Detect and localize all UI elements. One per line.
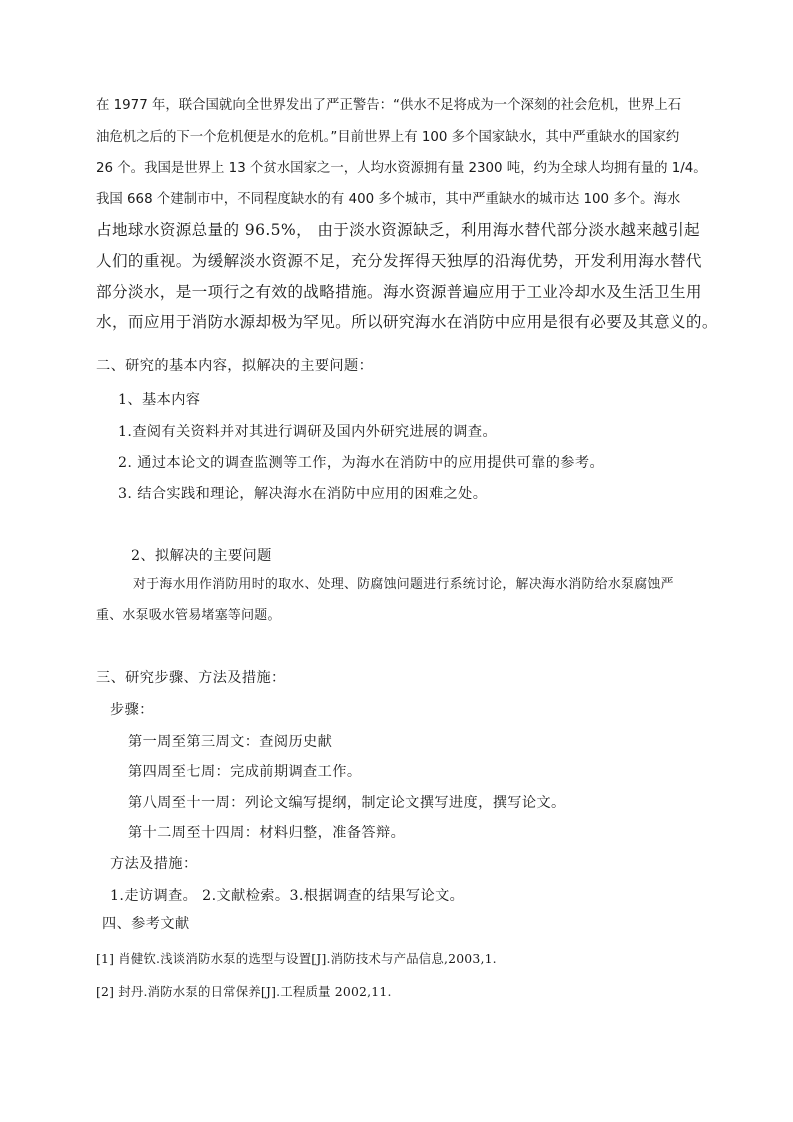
intro-line-1: 在 1977 年，联合国就向全世界发出了严正警告：“供水不足将成为一个深刻的社会… — [96, 99, 681, 112]
intro-line-6: 人们的重视。为缓解淡水资源不足，充分发挥得天独厚的沿海优势，开发利用海水替代 — [96, 254, 702, 270]
intro-line-2: 油危机之后的下一个危机便是水的危机。”目前世界上有 100 多个国家缺水，其中严… — [96, 131, 679, 144]
section-2-heading: 二、研究的基本内容，拟解决的主要问题： — [96, 359, 373, 373]
subsection-main-problems-heading: 2、拟解决的主要问题 — [131, 549, 272, 563]
basic-content-item-2: 2. 通过本论文的调查监测等工作，为海水在消防中的应用提供可靠的参考。 — [118, 456, 604, 470]
intro-line-3: 26 个。我国是世界上 13 个贫水国家之一，人均水资源拥有量 2300 吨，约… — [96, 162, 707, 175]
section-3-heading: 三、研究步骤、方法及措施： — [96, 671, 286, 685]
intro-line-5: 占地球水资源总量的 96.5%， 由于淡水资源缺乏，利用海水替代部分淡水越来越引… — [96, 223, 700, 239]
section-4-heading: 四、参考文献 — [102, 917, 190, 931]
methods-label: 方法及措施： — [110, 857, 198, 871]
subsection-basic-content-heading: 1、基本内容 — [118, 393, 200, 407]
step-3: 第八周至十一周：列论文编写提纲，制定论文撰写进度，撰写论文。 — [128, 796, 566, 810]
basic-content-item-1: 1.查阅有关资料并对其进行调研及国内外研究进展的调查。 — [118, 425, 497, 439]
reference-1: [1] 肖健钦.浅谈消防水泵的选型与设置[J].消防技术与产品信息,2003,1… — [96, 953, 497, 965]
step-1: 第一周至第三周文：查阅历史献 — [128, 735, 332, 749]
step-4: 第十二周至十四周：材料归整，准备答辩。 — [128, 826, 405, 840]
main-problems-line-2: 重、水泵吸水管易堵塞等问题。 — [96, 610, 281, 623]
steps-label: 步骤： — [110, 703, 154, 717]
reference-2: [2] 封丹.消防水泵的日常保养[J].工程质量 2002,11. — [96, 986, 392, 998]
step-2: 第四周至七周：完成前期调查工作。 — [128, 765, 361, 779]
intro-line-8: 水，而应用于消防水源却极为罕见。所以研究海水在消防中应用是很有必要及其意义的。 — [96, 315, 718, 331]
main-problems-line-1: 对于海水用作消防用时的取水、处理、防腐蚀问题进行系统讨论，解决海水消防给水泵腐蚀… — [133, 579, 674, 592]
intro-line-7: 部分淡水，是一项行之有效的战略措施。海水资源普遍应用于工业冷却水及生活卫生用 — [96, 285, 702, 301]
basic-content-item-3: 3. 结合实践和理论，解决海水在消防中应用的困难之处。 — [118, 487, 487, 501]
intro-line-4: 我国 668 个建制市中，不同程度缺水的有 400 多个城市，其中严重缺水的城市… — [96, 193, 680, 206]
methods-list: 1.走访调查。 2.文献检索。3.根据调查的结果写论文。 — [110, 889, 464, 903]
